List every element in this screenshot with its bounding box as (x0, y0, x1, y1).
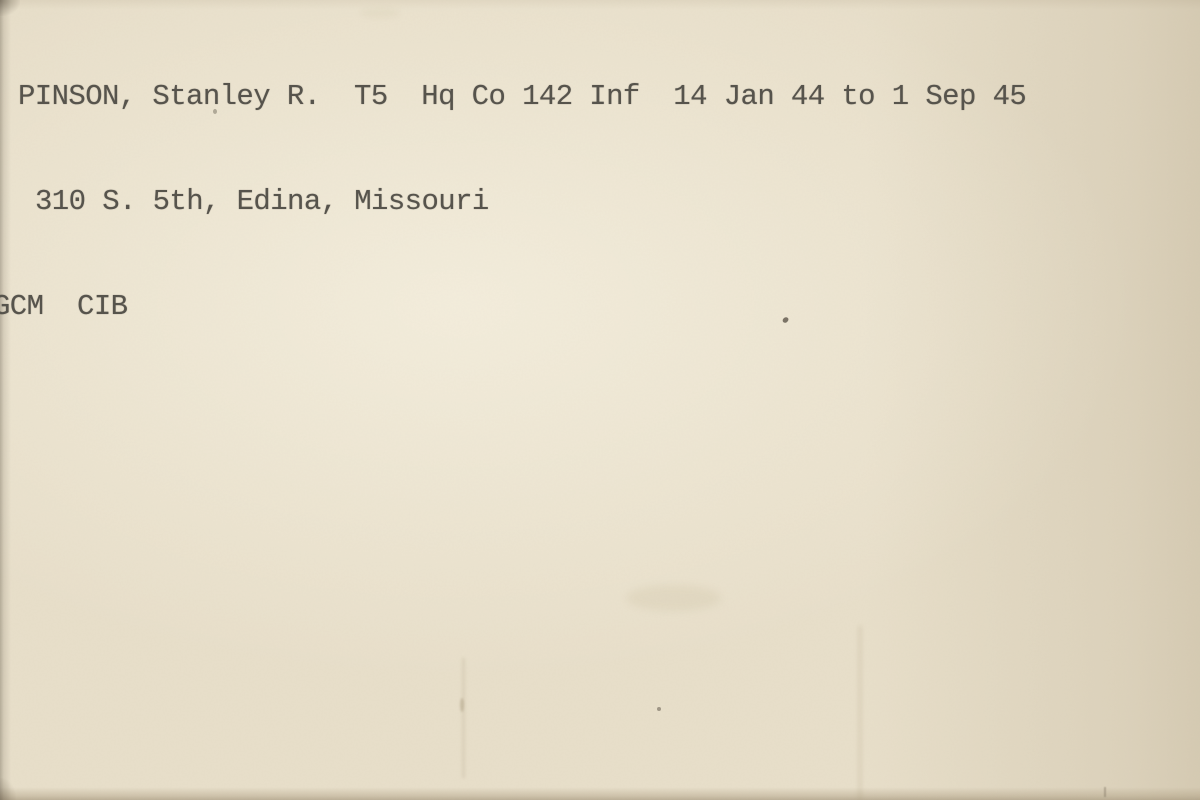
service-record-line: PINSON, Stanley R. T5 Hq Co 142 Inf 14 J… (18, 79, 1026, 114)
card-top-left-corner-shadow (0, 0, 20, 16)
scanned-card-image: PINSON, Stanley R. T5 Hq Co 142 Inf 14 J… (0, 0, 1200, 800)
paper-crease (858, 626, 862, 800)
awards-line: GCM CIB (0, 289, 1026, 324)
paper-crease-knot (460, 698, 464, 712)
address-line: 310 S. 5th, Edina, Missouri (18, 184, 1026, 219)
paper-crease (462, 658, 465, 778)
card-bottom-left-corner-shadow (0, 778, 16, 800)
ink-speck (657, 707, 661, 711)
paper-smudge (626, 585, 721, 611)
card-left-edge-shadow (0, 0, 11, 800)
bottom-edge-mark (1104, 787, 1106, 797)
index-card-paper: PINSON, Stanley R. T5 Hq Co 142 Inf 14 J… (0, 0, 1200, 800)
typed-text-block: PINSON, Stanley R. T5 Hq Co 142 Inf 14 J… (18, 9, 1026, 394)
